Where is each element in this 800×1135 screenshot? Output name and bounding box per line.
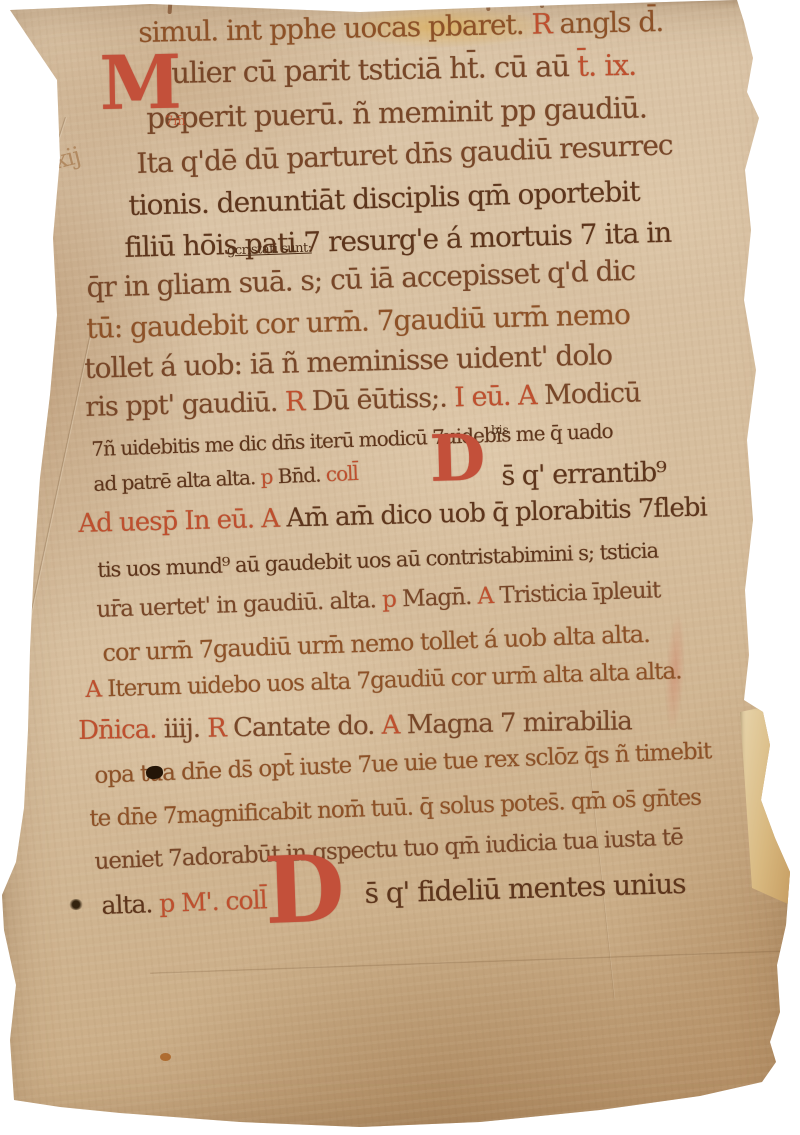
text-segment: ris ppt' gaudiū. <box>85 387 285 423</box>
text-segment: tis uos mund⁹ aū gaudebit uos aū contris… <box>97 538 658 582</box>
rubric-segment: A <box>381 710 407 740</box>
margin-note: xij <box>51 141 83 174</box>
crease-line <box>0 117 67 403</box>
rubric-segment: A <box>477 583 500 610</box>
manuscript-line: opa tua dn̄e ds̄ opt̄ iuste 7ue uie tue … <box>94 738 712 789</box>
manuscript-photo: simul. int pphe uocas pbaret. R angls d̄… <box>0 0 800 1135</box>
manuscript-line: s̄ q' fideliū mentes unius <box>364 867 686 910</box>
manuscript-line: 7ñ uidebitis me dic dn̄s iterū modicū 7u… <box>91 419 613 461</box>
rubric-segment: p M'. coll̄ <box>159 885 267 918</box>
text-segment: 7ñ uidebitis me dic dn̄s iterū modicū 7u… <box>91 419 613 461</box>
text-segment: peperit puerū. ñ meminit pp gaudiū. <box>146 91 647 135</box>
text-segment: Iterum uidebo uos alta 7gaudiū cor urm̄ … <box>107 658 682 702</box>
rubric-segment: t̄. ix. <box>577 48 637 83</box>
text-segment: ur̄a uertet' in gaudiū. alta. <box>96 587 383 623</box>
manuscript-line: s̄ q' errantib⁹ <box>501 457 666 492</box>
orange-spot <box>160 1053 171 1061</box>
text-segment: Cantate do. <box>233 711 382 744</box>
text-segment: Magn̄. <box>402 584 478 613</box>
rubric-segment: Ad uesp̄ In eū. A <box>78 504 287 539</box>
manuscript-line: cor urm̄ 7gaudiū urm̄ nemo tollet á uob … <box>102 620 650 667</box>
rubric-segment: R <box>285 386 313 418</box>
rubric-segment: p <box>260 464 278 489</box>
manuscript-line: tionis. denuntiāt disciplis qm̄ oportebi… <box>128 175 640 222</box>
text-segment: Ita q'dē dū parturet dn̄s gaudiū resurre… <box>136 128 673 180</box>
manuscript-line: peperit puerū. ñ meminit pp gaudiū. <box>146 91 647 135</box>
text-segment: Magna 7 mirabilia <box>406 706 632 740</box>
manuscript-line: ueniet 7adorabūt in gspectu tuo qm̄ iudi… <box>94 824 683 875</box>
text-segment: Am̄ am̄ dico uob q̄ plorabitis 7flebi <box>286 493 707 534</box>
rubricated-initial-d: D <box>429 427 486 492</box>
parchment-leaf: simul. int pphe uocas pbaret. R angls d̄… <box>0 0 800 1135</box>
dark-spot <box>69 899 83 910</box>
rubric-segment: Dn̄ica. <box>78 715 157 746</box>
text-segment: cor urm̄ 7gaudiū urm̄ nemo tollet á uob … <box>102 620 650 667</box>
trimmed-letter-stroke <box>300 0 304 9</box>
rubric-segment: I eū. A <box>454 380 545 413</box>
rubric-segment: coll̄ <box>325 461 358 486</box>
manuscript-line: Ad uesp̄ In eū. A Am̄ am̄ dico uob q̄ pl… <box>78 493 707 539</box>
text-segment: opa tua dn̄e ds̄ opt̄ iuste 7ue uie tue … <box>94 738 712 789</box>
manuscript-line: ris ppt' gaudiū. R Dū ēūtiss;. I eū. A M… <box>85 377 641 423</box>
text-segment: s̄ q' fideliū mentes unius <box>364 867 686 910</box>
manuscript-line: Dn̄ica. iiij. R Cantate do. A Magna 7 mi… <box>78 706 632 746</box>
rubricated-initial-m: M <box>99 46 182 121</box>
manuscript-line: tū: gaudebit cor urm̄. 7gaudiū urm̄ nemo <box>86 298 630 345</box>
rubric-segment: A <box>85 676 108 703</box>
text-segment: alta. <box>101 889 160 920</box>
rubric-segment: p <box>382 586 403 613</box>
trimmed-letter-stroke <box>168 0 173 14</box>
manuscript-line: tollet á uob: iā ñ meminisse uident' dol… <box>84 338 612 385</box>
rubric-segment: R <box>523 7 560 41</box>
rubric-segment: R <box>207 713 233 743</box>
text-segment: Tristicia īpleuit <box>499 577 661 609</box>
manuscript-line: ur̄a uertet' in gaudiū. alta. p Magn̄. A… <box>96 577 661 623</box>
interlinear-gloss: gcristati sunt: <box>227 241 312 259</box>
text-segment: s̄ q' errantib⁹ <box>501 457 666 492</box>
text-segment: ueniet 7adorabūt in gspectu tuo qm̄ iudi… <box>94 824 683 875</box>
text-segment: Bn̄d. <box>277 462 326 488</box>
text-segment: iiij. <box>156 714 207 745</box>
manuscript-line: A Iterum uidebo uos alta 7gaudiū cor urm… <box>85 658 682 703</box>
text-segment: tionis. denuntiāt disciplis qm̄ oportebi… <box>128 175 640 222</box>
crease-line <box>150 948 800 974</box>
manuscript-line: tis uos mund⁹ aū gaudebit uos aū contris… <box>97 538 658 582</box>
text-segment: ad patrē alta alta. <box>93 465 261 496</box>
torn-edge-fold <box>738 706 796 906</box>
manuscript-line: ad patrē alta alta. p Bn̄d. coll̄ <box>93 461 358 496</box>
manuscript-line: te dn̄e 7magnificabit nom̄ tuū. q̄ solus… <box>89 785 701 832</box>
text-segment: Modicū <box>544 377 641 411</box>
rubricated-initial-d: D <box>263 842 346 937</box>
text-segment: tollet á uob: iā ñ meminisse uident' dol… <box>84 338 612 385</box>
text-segment: ulier cū parit tsticiā ht̄. cū aū <box>171 49 578 90</box>
text-segment: tū: gaudebit cor urm̄. 7gaudiū urm̄ nemo <box>86 298 630 345</box>
text-segment: te dn̄e 7magnificabit nom̄ tuū. q̄ solus… <box>89 785 701 832</box>
superscript-gloss: bis <box>491 423 509 437</box>
manuscript-line: simul. int pphe uocas pbaret. R angls d̄… <box>138 5 664 49</box>
manuscript-line: Ita q'dē dū parturet dn̄s gaudiū resurre… <box>136 128 673 180</box>
crease-line <box>21 333 93 656</box>
text-segment: Dū ēūtiss;. <box>312 382 455 417</box>
text-segment: angls d̄. <box>559 5 663 40</box>
interlinear-red-mark: 7m̄ <box>165 114 186 129</box>
manuscript-line: ulier cū parit tsticiā ht̄. cū aū t̄. ix… <box>171 48 637 90</box>
manuscript-line: alta. p M'. coll̄ <box>101 885 267 920</box>
